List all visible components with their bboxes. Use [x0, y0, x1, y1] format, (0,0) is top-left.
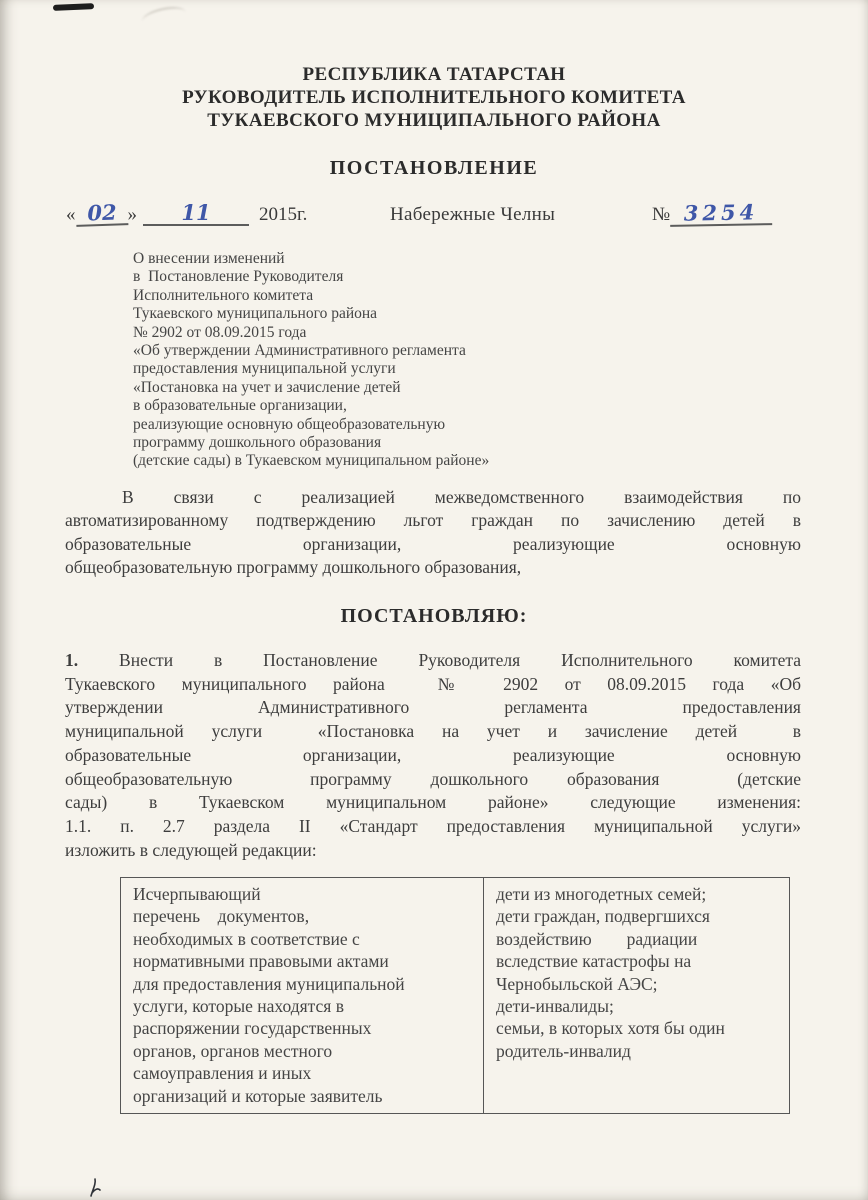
table-cell-right: дети из многодетных семей; дети граждан,…	[484, 878, 790, 1114]
preamble-justified-lines: В связи с реализацией межведомственного …	[65, 486, 801, 556]
scan-binding-mark	[53, 3, 94, 11]
item-1-first-line: 1. Внести в Постановление Руководителя И…	[65, 649, 801, 673]
handwritten-number: 3254	[670, 201, 772, 227]
table-row: Исчерпывающий перечень документов, необх…	[121, 878, 790, 1114]
requirements-table: Исчерпывающий перечень документов, необх…	[120, 877, 790, 1114]
resolve-heading: ПОСТАНОВЛЯЮ:	[0, 605, 868, 628]
resolution-items: 1. Внести в Постановление Руководителя И…	[65, 649, 801, 862]
date-field: «02»112015г.	[66, 202, 307, 226]
handwritten-month: 11	[143, 202, 249, 226]
item-1-justified-lines: Тукаевского муниципального района № 2902…	[65, 673, 801, 815]
scan-smudge	[141, 4, 188, 30]
item-1-1-line: 1.1. п. 2.7 раздела II «Стандарт предост…	[65, 815, 801, 839]
city-label: Набережные Челны	[390, 204, 555, 226]
table-cell-left: Исчерпывающий перечень документов, необх…	[121, 878, 484, 1114]
letterhead: РЕСПУБЛИКА ТАТАРСТАН РУКОВОДИТЕЛЬ ИСПОЛН…	[0, 63, 868, 132]
preamble-paragraph: В связи с реализацией межведомственного …	[65, 486, 801, 580]
number-sign: №	[652, 204, 670, 225]
pen-mark	[88, 1176, 102, 1200]
subject-block: О внесении изменений в Постановление Рук…	[133, 250, 553, 471]
open-quote: «	[66, 204, 76, 225]
item-1-number: 1.	[65, 650, 78, 670]
handwritten-day: 02	[75, 201, 128, 227]
item-1-first-line-text: Внести в Постановление Руководителя Испо…	[119, 650, 801, 670]
close-quote: »	[128, 204, 138, 225]
scanned-document-page: РЕСПУБЛИКА ТАТАРСТАН РУКОВОДИТЕЛЬ ИСПОЛН…	[0, 0, 868, 1200]
item-1-1-last-line: изложить в следующей редакции:	[65, 839, 801, 863]
doc-number-field: №3254	[652, 202, 772, 226]
doc-type-title: ПОСТАНОВЛЕНИЕ	[0, 157, 868, 180]
date-row: «02»112015г. Набережные Челны №3254	[0, 199, 868, 235]
preamble-last-line: общеобразовательную программу дошкольног…	[65, 556, 801, 579]
year-label: 2015г.	[259, 204, 307, 225]
